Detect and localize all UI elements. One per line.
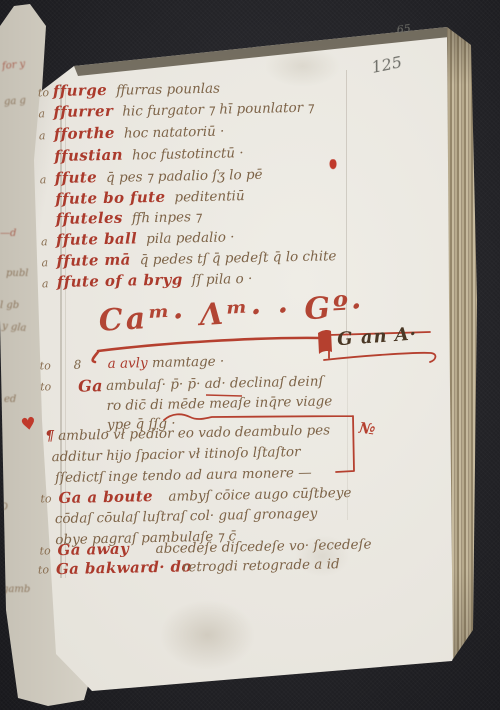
folio-number-pencil: 65 (396, 22, 411, 36)
entry-gloss: retrogdi retograde a id (182, 556, 340, 575)
margin-letter: to (38, 86, 53, 99)
nota-line: ambulo vł pedior eo vado deambulo pes (58, 422, 330, 444)
margin-numeral: 8 (74, 358, 82, 372)
entry-lemma: ffute mā (56, 250, 131, 270)
entry-gloss: q̄ pes ⁊ padalio ſʒ lo pē (106, 167, 263, 186)
entry-gloss: pila pedalio · (146, 229, 235, 247)
margin-letter: a (41, 256, 56, 269)
margin-letter: to (40, 492, 51, 505)
entry-gloss-line: ambulaſ· p̄· p̄· ad· declinaſ deinſ (106, 373, 324, 394)
glossary-entry-row: ffustianhoc fustotinctū · (39, 143, 244, 165)
section-heading: Caᵐ· Λᵐ· · Gº· (98, 289, 366, 339)
glossary-entry-row: afforthehoc natatoriū · (39, 122, 225, 144)
glossary-entry-row: ffute bo futepeditentiū (40, 186, 245, 208)
glossary-entry-row: affurrerhic furgator ⁊ hī pounlator ⁊ (38, 98, 314, 122)
numero-side-note: № (358, 419, 376, 439)
entry-lemma: ffute (55, 168, 98, 187)
entry-lemma: ffustian (54, 146, 123, 165)
glossary-entry-row: toffurgeffurras pounlas (38, 79, 220, 101)
margin-letter: a (40, 173, 55, 186)
entry-gloss: abcedeſe diſcedeſe vo· ſecedeſe (155, 537, 371, 558)
red-ink-blot (329, 159, 336, 169)
entry-gloss: q̄ pedes tſ q̄ pedeſt q̄ lo chite (140, 248, 337, 268)
manuscript-photograph: for y ga g —d publ l gb y gla ed D gamb … (0, 0, 500, 710)
folio-number-pencil-large: 125 (370, 52, 404, 77)
pilcrow-icon: ¶ (45, 428, 54, 444)
nota-line: ſſedictſ inge tendo ad aura monere — (55, 465, 312, 486)
entry-gloss-line: cōdaſ cōulaſ luſtraſ col· guaſ gronagey (55, 506, 318, 527)
margin-letter: to (40, 380, 51, 393)
glossary-entry-row: affute māq̄ pedes tſ q̄ pedeſt q̄ lo chi… (41, 246, 336, 270)
entry-gloss: hoc fustotinctū · (132, 145, 244, 163)
nota-line: additur hijo ſpacior vł itinoſo lſtaſtor (51, 444, 300, 465)
entry-gloss-line: ro dic̄ di mēde meaſe inq̄re viage (106, 393, 332, 414)
margin-letter: a (38, 107, 53, 120)
entry-lemma: Ga bakward· do (56, 557, 192, 578)
margin-letter: a (42, 277, 57, 290)
entry-lemma: ffurge (53, 81, 108, 100)
corner-tab-label: G an A· (337, 323, 418, 350)
margin-letter: to (39, 544, 50, 557)
glossary-entry-row: affuteq̄ pes ⁊ padalio ſʒ lo pē (40, 165, 263, 188)
entry-gloss: ſſ pila o · (192, 271, 253, 288)
margin-letter: a (41, 235, 56, 248)
entry-lemma: ffute of a bryg (57, 270, 183, 291)
entry-gloss: ffurras pounlas (116, 81, 220, 99)
entry-gloss: peditentiū (174, 188, 244, 205)
entry-gloss: mamtage · (152, 354, 225, 372)
page-text-layer: 65 125 toffurgeffurras pounlas affurrerh… (0, 0, 500, 710)
glossary-entry-row: ffutelesffh inpes ⁊ (40, 207, 202, 228)
entry-lemma: a avly (108, 355, 148, 372)
entry-gloss: ffh inpes ⁊ (132, 209, 202, 226)
entry-lemma: fforthe (54, 124, 115, 143)
entry-gloss-line: ambyſ cōice augo cūſtbeye (168, 485, 351, 505)
glossary-entry-row: affute ballpila pedalio · (41, 227, 235, 249)
entry-lemma: ffuteles (55, 209, 123, 228)
entry-lemma: Ga away (57, 540, 129, 559)
entry-gloss: hoc natatoriū · (124, 124, 225, 142)
entry-lemma: ffurrer (53, 102, 113, 121)
margin-letter: to (38, 563, 49, 576)
margin-letter: a (39, 129, 54, 142)
entry-lemma: ffute ball (56, 229, 137, 249)
glossary-entry-row: affute of a brygſſ pila o · (42, 269, 253, 291)
entry-lemma: ffute bo fute (55, 188, 166, 208)
entry-lemma: Ga (78, 376, 103, 396)
margin-letter: to (40, 359, 51, 372)
nota-heart-icon: ♥ (19, 414, 37, 436)
entry-lemma: Ga a boute (58, 487, 153, 507)
entry-gloss: hic furgator ⁊ hī pounlator ⁊ (122, 100, 314, 120)
